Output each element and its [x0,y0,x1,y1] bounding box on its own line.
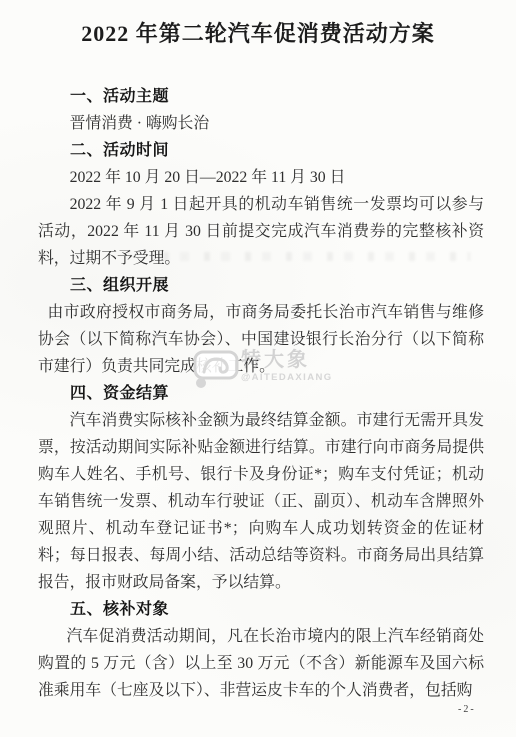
paragraph: 晋情消费 · 嗨购长治 [38,110,484,137]
paragraph: 2022 年 9 月 1 日起开具的机动车销售统一发票均可以参与活动，2022 … [38,191,484,272]
document-title: 2022 年第二轮汽车促消费活动方案 [0,16,516,52]
document-body: 一、活动主题晋情消费 · 嗨购长治二、活动时间2022 年 10 月 20 日—… [38,83,484,704]
elephant-logo-icon [192,350,242,390]
paragraph: 汽车消费实际核补金额为最终结算金额。市建行无需开具发票，按活动期间实际补贴金额进… [38,407,484,596]
section: 四、资金结算汽车消费实际核补金额为最终结算金额。市建行无需开具发票，按活动期间实… [38,380,484,596]
section: 一、活动主题晋情消费 · 嗨购长治 [38,83,484,137]
section: 二、活动时间2022 年 10 月 20 日—2022 年 11 月 30 日2… [38,137,484,272]
paragraph: 2022 年 10 月 20 日—2022 年 11 月 30 日 [38,164,484,191]
scanned-document-page: 2022 年第二轮汽车促消费活动方案 特大象 @AITEDAXIANG 一、活动… [0,0,516,737]
section: 五、核补对象汽车促消费活动期间，凡在长治市境内的限上汽车经销商处购置的 5 万元… [38,596,484,704]
section: 三、组织开展由市政府授权市商务局，市商务局委托长治市汽车销售与维修协会（以下简称… [38,272,484,380]
section-heading: 三、组织开展 [38,272,484,299]
section-heading: 五、核补对象 [38,596,484,623]
page-number: -2- [458,704,476,715]
section-heading: 二、活动时间 [38,137,484,164]
paragraph: 由市政府授权市商务局，市商务局委托长治市汽车销售与维修协会（以下简称汽车协会）、… [38,299,484,380]
section-heading: 四、资金结算 [38,380,484,407]
paragraph: 汽车促消费活动期间，凡在长治市境内的限上汽车经销商处购置的 5 万元（含）以上至… [38,623,484,704]
section-heading: 一、活动主题 [38,83,484,110]
